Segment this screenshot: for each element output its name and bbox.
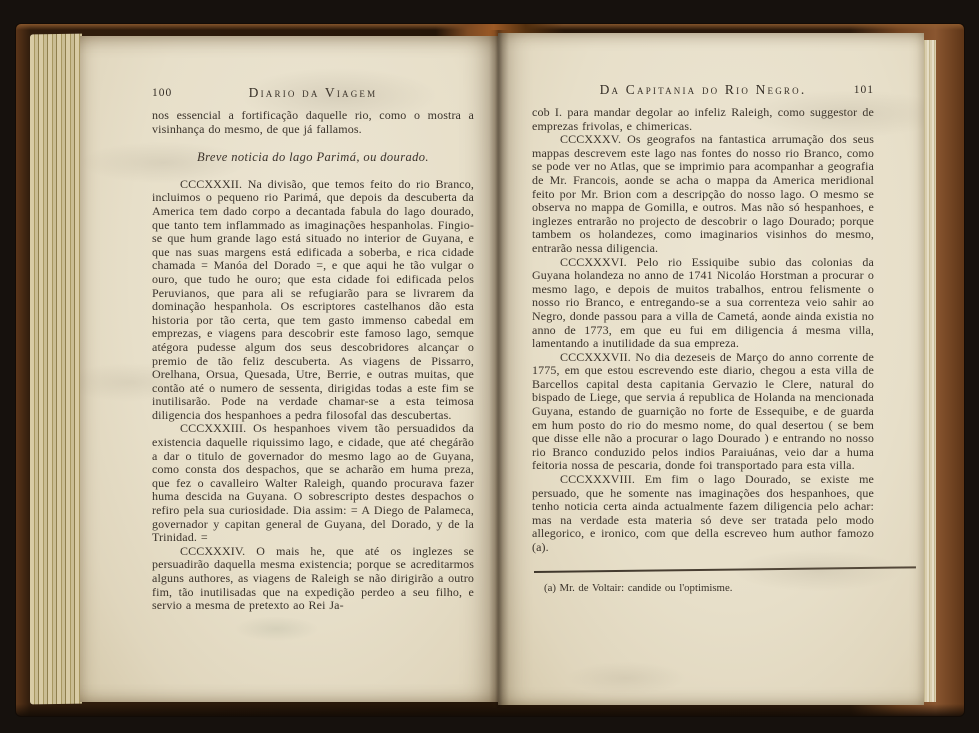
book-photo: 100 Diario da Viagem nos essencial a for… (0, 0, 979, 733)
right-page-number: 101 (854, 84, 874, 98)
left-page-number: 100 (152, 87, 172, 101)
body-paragraph: CCCXXXII. Na divisão, que temos feito do… (152, 178, 474, 423)
right-running-title: Da Capitania do Rio Negro. (600, 82, 807, 97)
section-heading: Breve noticia do lago Parimá, ou dourado… (152, 151, 474, 165)
body-paragraph: CCCXXXVI. Pelo rio Essiquibe subio das c… (532, 256, 874, 351)
body-paragraph: cob I. para mandar degolar ao infeliz Ra… (532, 106, 874, 133)
footnote-rule (534, 566, 916, 573)
body-paragraph: CCCXXXIII. Os hespanhoes vivem tão persu… (152, 422, 474, 544)
body-paragraph: CCCXXXIV. O mais he, que até os inglezes… (152, 545, 474, 613)
body-paragraph: CCCXXXV. Os geografos na fantastica arru… (532, 133, 874, 255)
left-page: 100 Diario da Viagem nos essencial a for… (80, 36, 498, 702)
right-page-text-block: Da Capitania do Rio Negro. 101 cob I. pa… (532, 83, 874, 595)
page-edges-right (922, 40, 936, 702)
left-running-title: Diario da Viagem (249, 85, 378, 100)
left-running-head: 100 Diario da Viagem (152, 86, 474, 103)
right-running-head: Da Capitania do Rio Negro. 101 (532, 83, 874, 100)
left-page-text-block: 100 Diario da Viagem nos essencial a for… (152, 86, 474, 613)
right-page: Da Capitania do Rio Negro. 101 cob I. pa… (498, 33, 924, 705)
body-paragraph: CCCXXXVII. No dia dezeseis de Março do a… (532, 351, 874, 473)
page-edges-left (30, 34, 82, 705)
body-paragraph: nos essencial a fortificação daquelle ri… (152, 109, 474, 136)
footnote: (a) Mr. de Voltair: candide ou l'optimis… (544, 582, 874, 596)
body-paragraph: CCCXXXVIII. Em fim o lago Dourado, se ex… (532, 473, 874, 555)
